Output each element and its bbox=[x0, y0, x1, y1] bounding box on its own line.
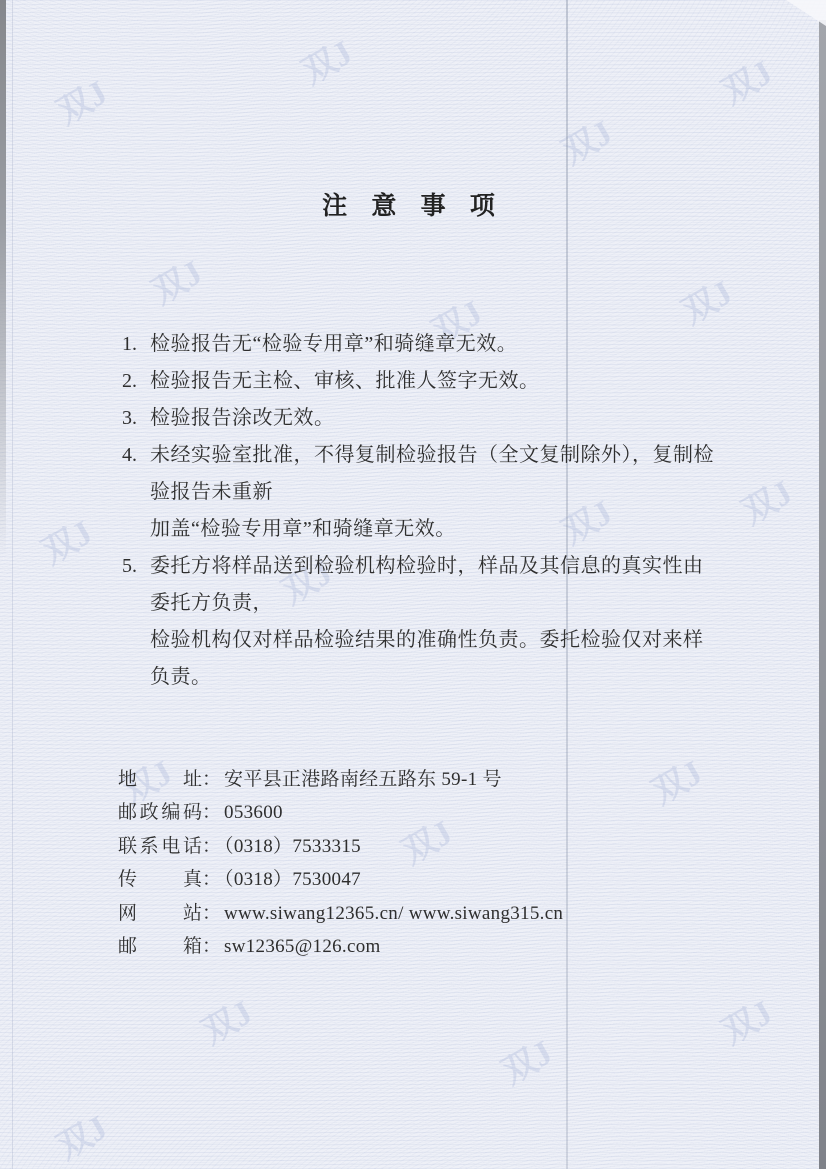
note-item-5: 5. 委托方将样品送到检验机构检验时，样品及其信息的真实性由委托方负责， 检验机… bbox=[122, 548, 722, 696]
contact-value: （0318）7530047 bbox=[224, 869, 361, 890]
note-item-3: 3. 检验报告涂改无效。 bbox=[122, 400, 722, 437]
watermark-text: 双J bbox=[141, 246, 210, 314]
note-number: 3. bbox=[122, 400, 150, 437]
note-line: 检验报告涂改无效。 bbox=[150, 400, 722, 437]
contact-label: 邮箱 bbox=[118, 930, 202, 963]
contact-value: 安平县正港路南经五路东 59-1 号 bbox=[224, 769, 502, 790]
contact-label: 联系电话 bbox=[118, 830, 202, 863]
contact-value: sw12365@126.com bbox=[224, 936, 381, 957]
contact-row-email: 邮箱：sw12365@126.com bbox=[118, 930, 678, 963]
watermark-text: 双J bbox=[671, 266, 740, 334]
watermark-text: 双J bbox=[491, 1026, 560, 1094]
contact-label: 网站 bbox=[118, 897, 202, 930]
contact-value: 053600 bbox=[224, 802, 283, 823]
contact-row-phone: 联系电话：（0318）7533315 bbox=[118, 830, 678, 863]
contact-colon: ： bbox=[202, 903, 221, 924]
contact-row-fax: 传真：（0318）7530047 bbox=[118, 863, 678, 896]
contact-label: 邮政编码 bbox=[118, 796, 202, 829]
note-number: 2. bbox=[122, 363, 150, 400]
note-number: 5. bbox=[122, 548, 150, 585]
note-item-1: 1. 检验报告无“检验专用章”和骑缝章无效。 bbox=[122, 326, 722, 363]
contact-colon: ： bbox=[202, 802, 221, 823]
note-line: 检验报告无主检、审核、批准人签字无效。 bbox=[150, 363, 722, 400]
note-number: 4. bbox=[122, 437, 150, 474]
note-line: 加盖“检验专用章”和骑缝章无效。 bbox=[150, 511, 722, 548]
watermark-text: 双J bbox=[291, 26, 360, 94]
page-corner-fold bbox=[786, 0, 826, 26]
note-line: 检验机构仅对样品检验结果的准确性负责。委托检验仅对来样负责。 bbox=[150, 622, 722, 696]
note-item-4: 4. 未经实验室批准，不得复制检验报告（全文复制除外），复制检验报告未重新 加盖… bbox=[122, 437, 722, 548]
watermark-text: 双J bbox=[711, 986, 780, 1054]
watermark-text: 双J bbox=[46, 66, 115, 134]
contact-row-address: 地址：安平县正港路南经五路东 59-1 号 bbox=[118, 763, 678, 796]
watermark-text: 双J bbox=[711, 46, 780, 114]
watermark-text: 双J bbox=[191, 986, 260, 1054]
scan-edge-left bbox=[0, 0, 6, 560]
contact-colon: ： bbox=[202, 869, 221, 890]
note-number: 1. bbox=[122, 326, 150, 363]
note-item-2: 2. 检验报告无主检、审核、批准人签字无效。 bbox=[122, 363, 722, 400]
contact-label: 地址 bbox=[118, 763, 202, 796]
notes-list: 1. 检验报告无“检验专用章”和骑缝章无效。 2. 检验报告无主检、审核、批准人… bbox=[122, 326, 722, 696]
watermark-text: 双J bbox=[31, 506, 100, 574]
contact-row-website: 网站：www.siwang12365.cn/ www.siwang315.cn bbox=[118, 897, 678, 930]
scan-crease-line-left bbox=[12, 0, 13, 1169]
contact-row-postcode: 邮政编码：053600 bbox=[118, 796, 678, 829]
page-title: 注 意 事 项 bbox=[0, 186, 826, 222]
watermark-text: 双J bbox=[551, 106, 620, 174]
note-line: 未经实验室批准，不得复制检验报告（全文复制除外），复制检验报告未重新 bbox=[150, 437, 722, 511]
contact-colon: ： bbox=[202, 836, 221, 857]
watermark-text: 双J bbox=[46, 1101, 115, 1169]
contact-value: www.siwang12365.cn/ www.siwang315.cn bbox=[224, 903, 563, 924]
note-line: 检验报告无“检验专用章”和骑缝章无效。 bbox=[150, 326, 722, 363]
note-line: 委托方将样品送到检验机构检验时，样品及其信息的真实性由委托方负责， bbox=[150, 548, 722, 622]
contact-colon: ： bbox=[202, 769, 221, 790]
contact-block: 地址：安平县正港路南经五路东 59-1 号 邮政编码：053600 联系电话：（… bbox=[118, 763, 678, 963]
contact-value: （0318）7533315 bbox=[224, 836, 361, 857]
contact-colon: ： bbox=[202, 936, 221, 957]
watermark-text: 双J bbox=[731, 466, 800, 534]
contact-label: 传真 bbox=[118, 863, 202, 896]
document-page: 双J 双J 双J 双J 双J 双J 双J 双J 双J 双J 双J 双J 双J 双… bbox=[0, 0, 826, 1169]
